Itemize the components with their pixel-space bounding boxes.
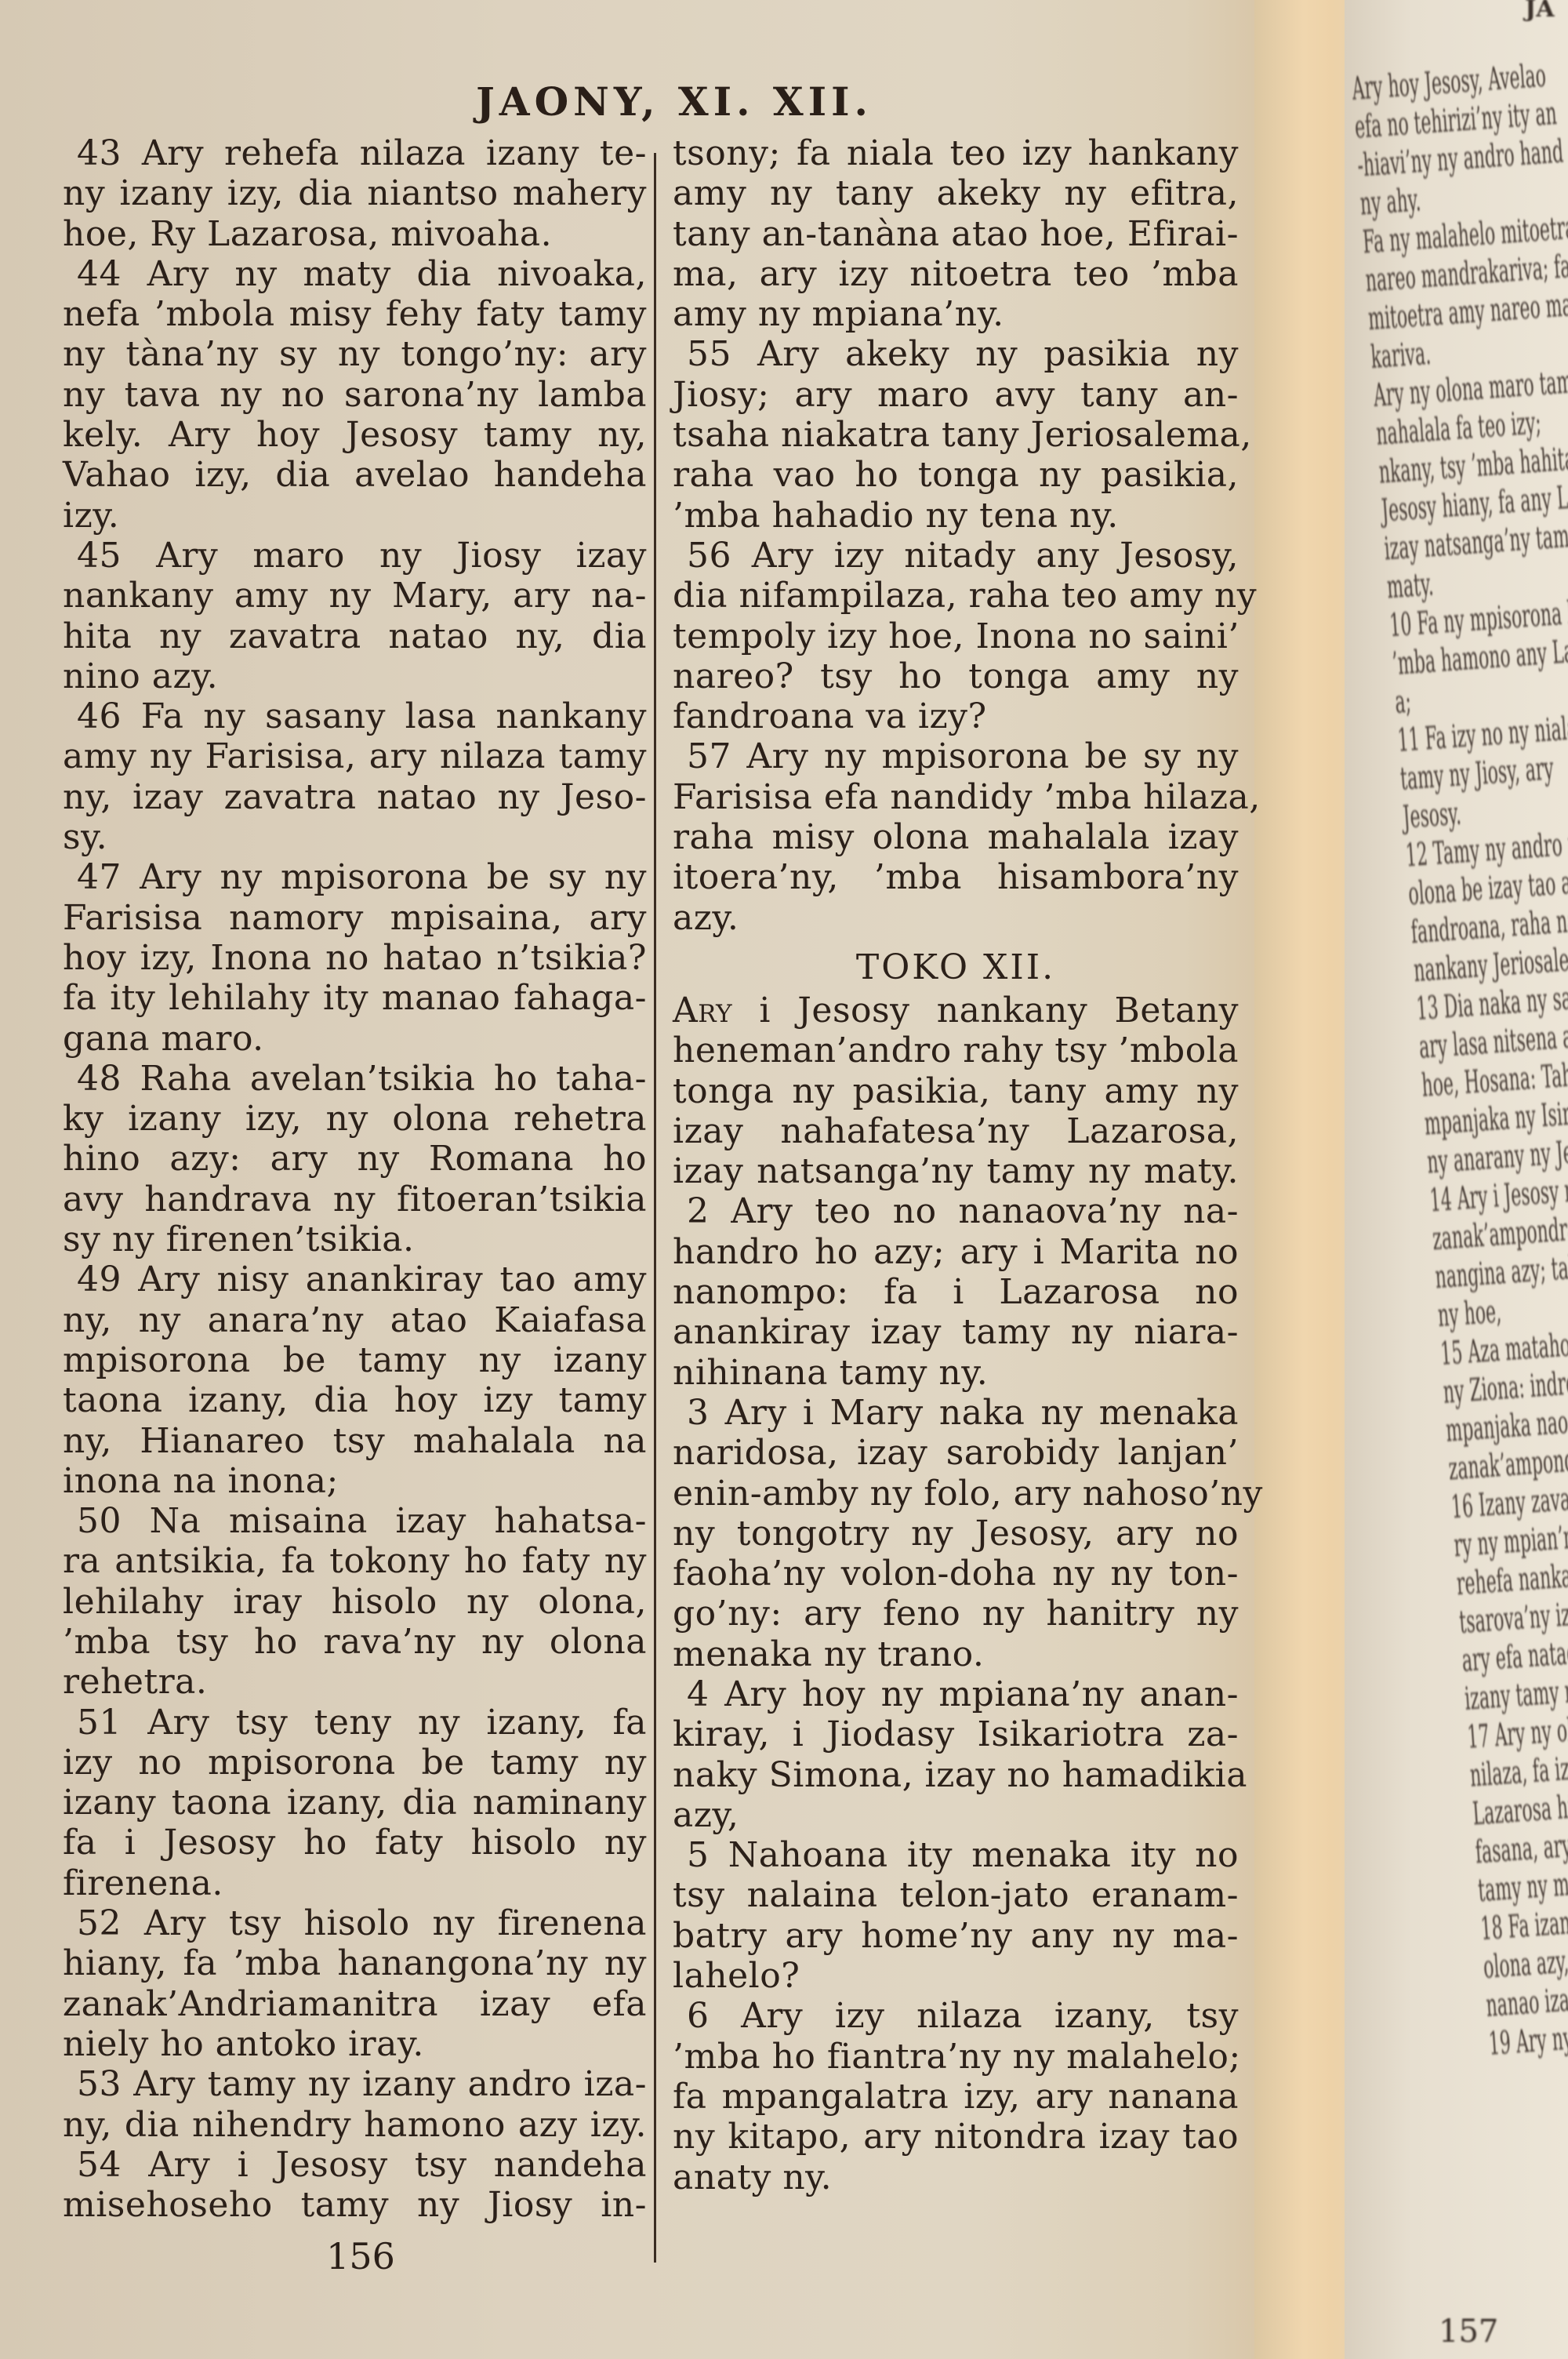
- text-line: ra antsikia, fa tokony ho faty ny: [63, 1541, 647, 1581]
- text-line: ny tongotry ny Jesosy, ary no: [673, 1514, 1239, 1554]
- text-line: amy ny Farisisa, ary nilaza tamy: [63, 736, 647, 776]
- text-line: 51 Ary tsy teny ny izany, fa: [63, 1703, 647, 1743]
- next-page-header-fragment: JA: [1525, 0, 1554, 23]
- running-header: JAONY, XI. XII.: [470, 78, 878, 125]
- text-line: tsony; fa niala teo izy hankany: [673, 133, 1239, 173]
- text-line: Farisisa efa nandidy ’mba hilaza,: [673, 777, 1239, 817]
- text-line: 55 Ary akeky ny pasikia ny: [673, 334, 1239, 374]
- text-line: hita ny zavatra natao ny, dia: [63, 616, 647, 656]
- chapter-heading: TOKO XII.: [673, 938, 1239, 990]
- text-line: 52 Ary tsy hisolo ny firenena: [63, 1903, 647, 1943]
- text-line: ny tàna’ny sy ny tongo’ny: ary: [63, 334, 647, 374]
- text-line: 44 Ary ny maty dia nivoaka,: [63, 254, 647, 294]
- next-page-number: 157: [1439, 2314, 1498, 2350]
- text-line: ny, ny anara’ny atao Kaiafasa: [63, 1300, 647, 1340]
- text-line: nareo? tsy ho tonga amy ny: [673, 656, 1239, 696]
- text-line: fa i Jesosy ho faty hisolo ny: [63, 1823, 647, 1863]
- text-line: 48 Raha avelan’tsikia ho taha-: [63, 1059, 647, 1099]
- text-line: rehetra.: [63, 1662, 647, 1702]
- text-line: hoy izy, Inona no hatao n’tsikia?: [63, 938, 647, 978]
- text-line: mpisorona be tamy ny izany: [63, 1340, 647, 1380]
- text-line: hiany, fa ’mba hanangona’ny ny: [63, 1943, 647, 1983]
- text-line: amy ny tany akeky ny efitra,: [673, 173, 1239, 213]
- text-line: kely. Ary hoy Jesosy tamy ny,: [63, 415, 647, 455]
- text-line: 5 Nahoana ity menaka ity no: [673, 1835, 1239, 1875]
- text-line: heneman’andro rahy tsy ’mbola: [673, 1030, 1239, 1070]
- text-line: azy.: [673, 898, 1239, 938]
- text-line: fandroana va izy?: [673, 696, 1239, 736]
- text-line: ny tava ny no sarona’ny lamba: [63, 375, 647, 415]
- text-line: hoe, Ry Lazarosa, mivoaha.: [63, 214, 647, 254]
- text-line: kiray, i Jiodasy Isikariotra za-: [673, 1714, 1239, 1754]
- text-line: itoera’ny, ’mba hisambora’ny: [673, 857, 1239, 897]
- text-line: ’mba ho fiantra’ny ny malahelo;: [673, 2037, 1239, 2077]
- text-line: nefa ’mbola misy fehy faty tamy: [63, 294, 647, 334]
- text-line: menaka ny trano.: [673, 1634, 1239, 1674]
- text-line: ’mba tsy ho rava’ny ny olona: [63, 1622, 647, 1662]
- text-line: 54 Ary i Jesosy tsy nandeha: [63, 2145, 647, 2185]
- text-line: 43 Ary rehefa nilaza izany te-: [63, 133, 647, 173]
- chapter-initial-word: Ary: [673, 990, 732, 1030]
- text-line: Vahao izy, dia avelao handeha: [63, 455, 647, 495]
- text-line: enin-amby ny folo, ary nahoso’ny: [673, 1474, 1239, 1514]
- text-line: fa ity lehilahy ity manao fahaga-: [63, 978, 647, 1018]
- text-line: taona izany, dia hoy izy tamy: [63, 1380, 647, 1420]
- next-page-text: Ary hoy Jesosy, Avelaoefa no tehirizi’ny…: [1351, 55, 1568, 2064]
- text-line: sy.: [63, 817, 647, 857]
- text-line: ny, dia nihendry hamono azy izy.: [63, 2105, 647, 2145]
- text-line-content: i Jesosy nankany Betany: [732, 990, 1239, 1030]
- text-line: izay natsanga’ny tamy ny maty.: [673, 1151, 1239, 1191]
- text-line: anankiray izay tamy ny niara-: [673, 1312, 1239, 1352]
- text-line: izy.: [63, 496, 647, 536]
- text-line: nihinana tamy ny.: [673, 1353, 1239, 1393]
- text-line: 47 Ary ny mpisorona be sy ny: [63, 857, 647, 897]
- text-line: 2 Ary teo no nanaova’ny na-: [673, 1191, 1239, 1231]
- text-line: tsaha niakatra tany Jeriosalema,: [673, 415, 1239, 455]
- text-line: raha vao ho tonga ny pasikia,: [673, 455, 1239, 495]
- text-line: hino azy: ary ny Romana ho: [63, 1139, 647, 1179]
- text-line: 3 Ary i Mary naka ny menaka: [673, 1393, 1239, 1433]
- text-line: dia nifampilaza, raha teo amy ny: [673, 576, 1239, 616]
- text-line: avy handrava ny fitoeran’tsikia: [63, 1179, 647, 1219]
- text-line: niely ho antoko iray.: [63, 2024, 647, 2064]
- text-line: nankany amy ny Mary, ary na-: [63, 576, 647, 616]
- text-line: go’ny: ary feno ny hanitry ny: [673, 1594, 1239, 1634]
- text-line: 4 Ary hoy ny mpiana’ny anan-: [673, 1674, 1239, 1714]
- text-line: ma, ary izy nitoetra teo ’mba: [673, 254, 1239, 294]
- text-line: raha misy olona mahalala izay: [673, 817, 1239, 857]
- text-line: tsy nalaina telon-jato eranam-: [673, 1875, 1239, 1915]
- page-number: 156: [318, 2235, 404, 2277]
- text-line: 49 Ary nisy anankiray tao amy: [63, 1259, 647, 1299]
- text-line: inona na inona;: [63, 1461, 647, 1501]
- text-line: batry ary home’ny any ny ma-: [673, 1916, 1239, 1956]
- text-line: ny kitapo, ary nitondra izay tao: [673, 2117, 1239, 2157]
- text-line: 45 Ary maro ny Jiosy izay: [63, 536, 647, 576]
- text-line: Ary i Jesosy nankany Betany: [673, 990, 1239, 1030]
- text-line: 56 Ary izy nitady any Jesosy,: [673, 536, 1239, 576]
- text-line: ny, izay zavatra natao ny Jeso-: [63, 777, 647, 817]
- right-column: tsony; fa niala teo izy hankanyamy ny ta…: [673, 133, 1239, 2197]
- text-line: sy ny firenen’tsikia.: [63, 1219, 647, 1259]
- text-line: faoha’ny volon-doha ny ny ton-: [673, 1554, 1239, 1594]
- text-line: lehilahy iray hisolo ny olona,: [63, 1582, 647, 1622]
- text-line: anaty ny.: [673, 2157, 1239, 2197]
- text-line: 53 Ary tamy ny izany andro iza-: [63, 2064, 647, 2104]
- text-line: misehoseho tamy ny Jiosy in-: [63, 2185, 647, 2225]
- text-line: 50 Na misaina izay hahatsa-: [63, 1501, 647, 1541]
- text-line: izay nahafatesa’ny Lazarosa,: [673, 1111, 1239, 1151]
- text-line: 57 Ary ny mpisorona be sy ny: [673, 736, 1239, 776]
- text-line: azy,: [673, 1795, 1239, 1835]
- text-line: tany an-tanàna atao hoe, Efirai-: [673, 214, 1239, 254]
- text-line: handro ho azy; ary i Marita no: [673, 1232, 1239, 1272]
- text-line: naridosa, izay sarobidy lanjan’: [673, 1433, 1239, 1473]
- text-line: tempoly izy hoe, Inona no saini’: [673, 616, 1239, 656]
- text-line: gana maro.: [63, 1019, 647, 1059]
- text-line: 6 Ary izy nilaza izany, tsy: [673, 1996, 1239, 2036]
- text-line: zanak’Andriamanitra izay efa: [63, 1984, 647, 2024]
- book-page-right-partial: JA Ary hoy Jesosy, Avelaoefa no tehirizi…: [1345, 0, 1568, 2359]
- text-line: 46 Fa ny sasany lasa nankany: [63, 696, 647, 736]
- text-line: ny, Hianareo tsy mahalala na: [63, 1421, 647, 1461]
- text-line: nino azy.: [63, 656, 647, 696]
- text-line: izy no mpisorona be tamy ny: [63, 1743, 647, 1783]
- text-line: ny izany izy, dia niantso mahery: [63, 173, 647, 213]
- text-line: naky Simona, izay no hamadikia: [673, 1755, 1239, 1795]
- text-line: ’mba hahadio ny tena ny.: [673, 496, 1239, 536]
- left-column: 43 Ary rehefa nilaza izany te-ny izany i…: [63, 133, 647, 2225]
- text-line: ky izany izy, ny olona rehetra: [63, 1099, 647, 1139]
- text-line: lahelo?: [673, 1956, 1239, 1996]
- text-line: fa mpangalatra izy, ary nanana: [673, 2077, 1239, 2117]
- text-line: firenena.: [63, 1863, 647, 1903]
- text-line: Jiosy; ary maro avy tany an-: [673, 375, 1239, 415]
- text-line: tonga ny pasikia, tany amy ny: [673, 1071, 1239, 1111]
- text-line: Farisisa namory mpisaina, ary: [63, 898, 647, 938]
- text-line: nanompo: fa i Lazarosa no: [673, 1272, 1239, 1312]
- column-divider: [654, 153, 656, 2263]
- text-line: amy ny mpiana’ny.: [673, 294, 1239, 334]
- text-line: izany taona izany, dia naminany: [63, 1783, 647, 1823]
